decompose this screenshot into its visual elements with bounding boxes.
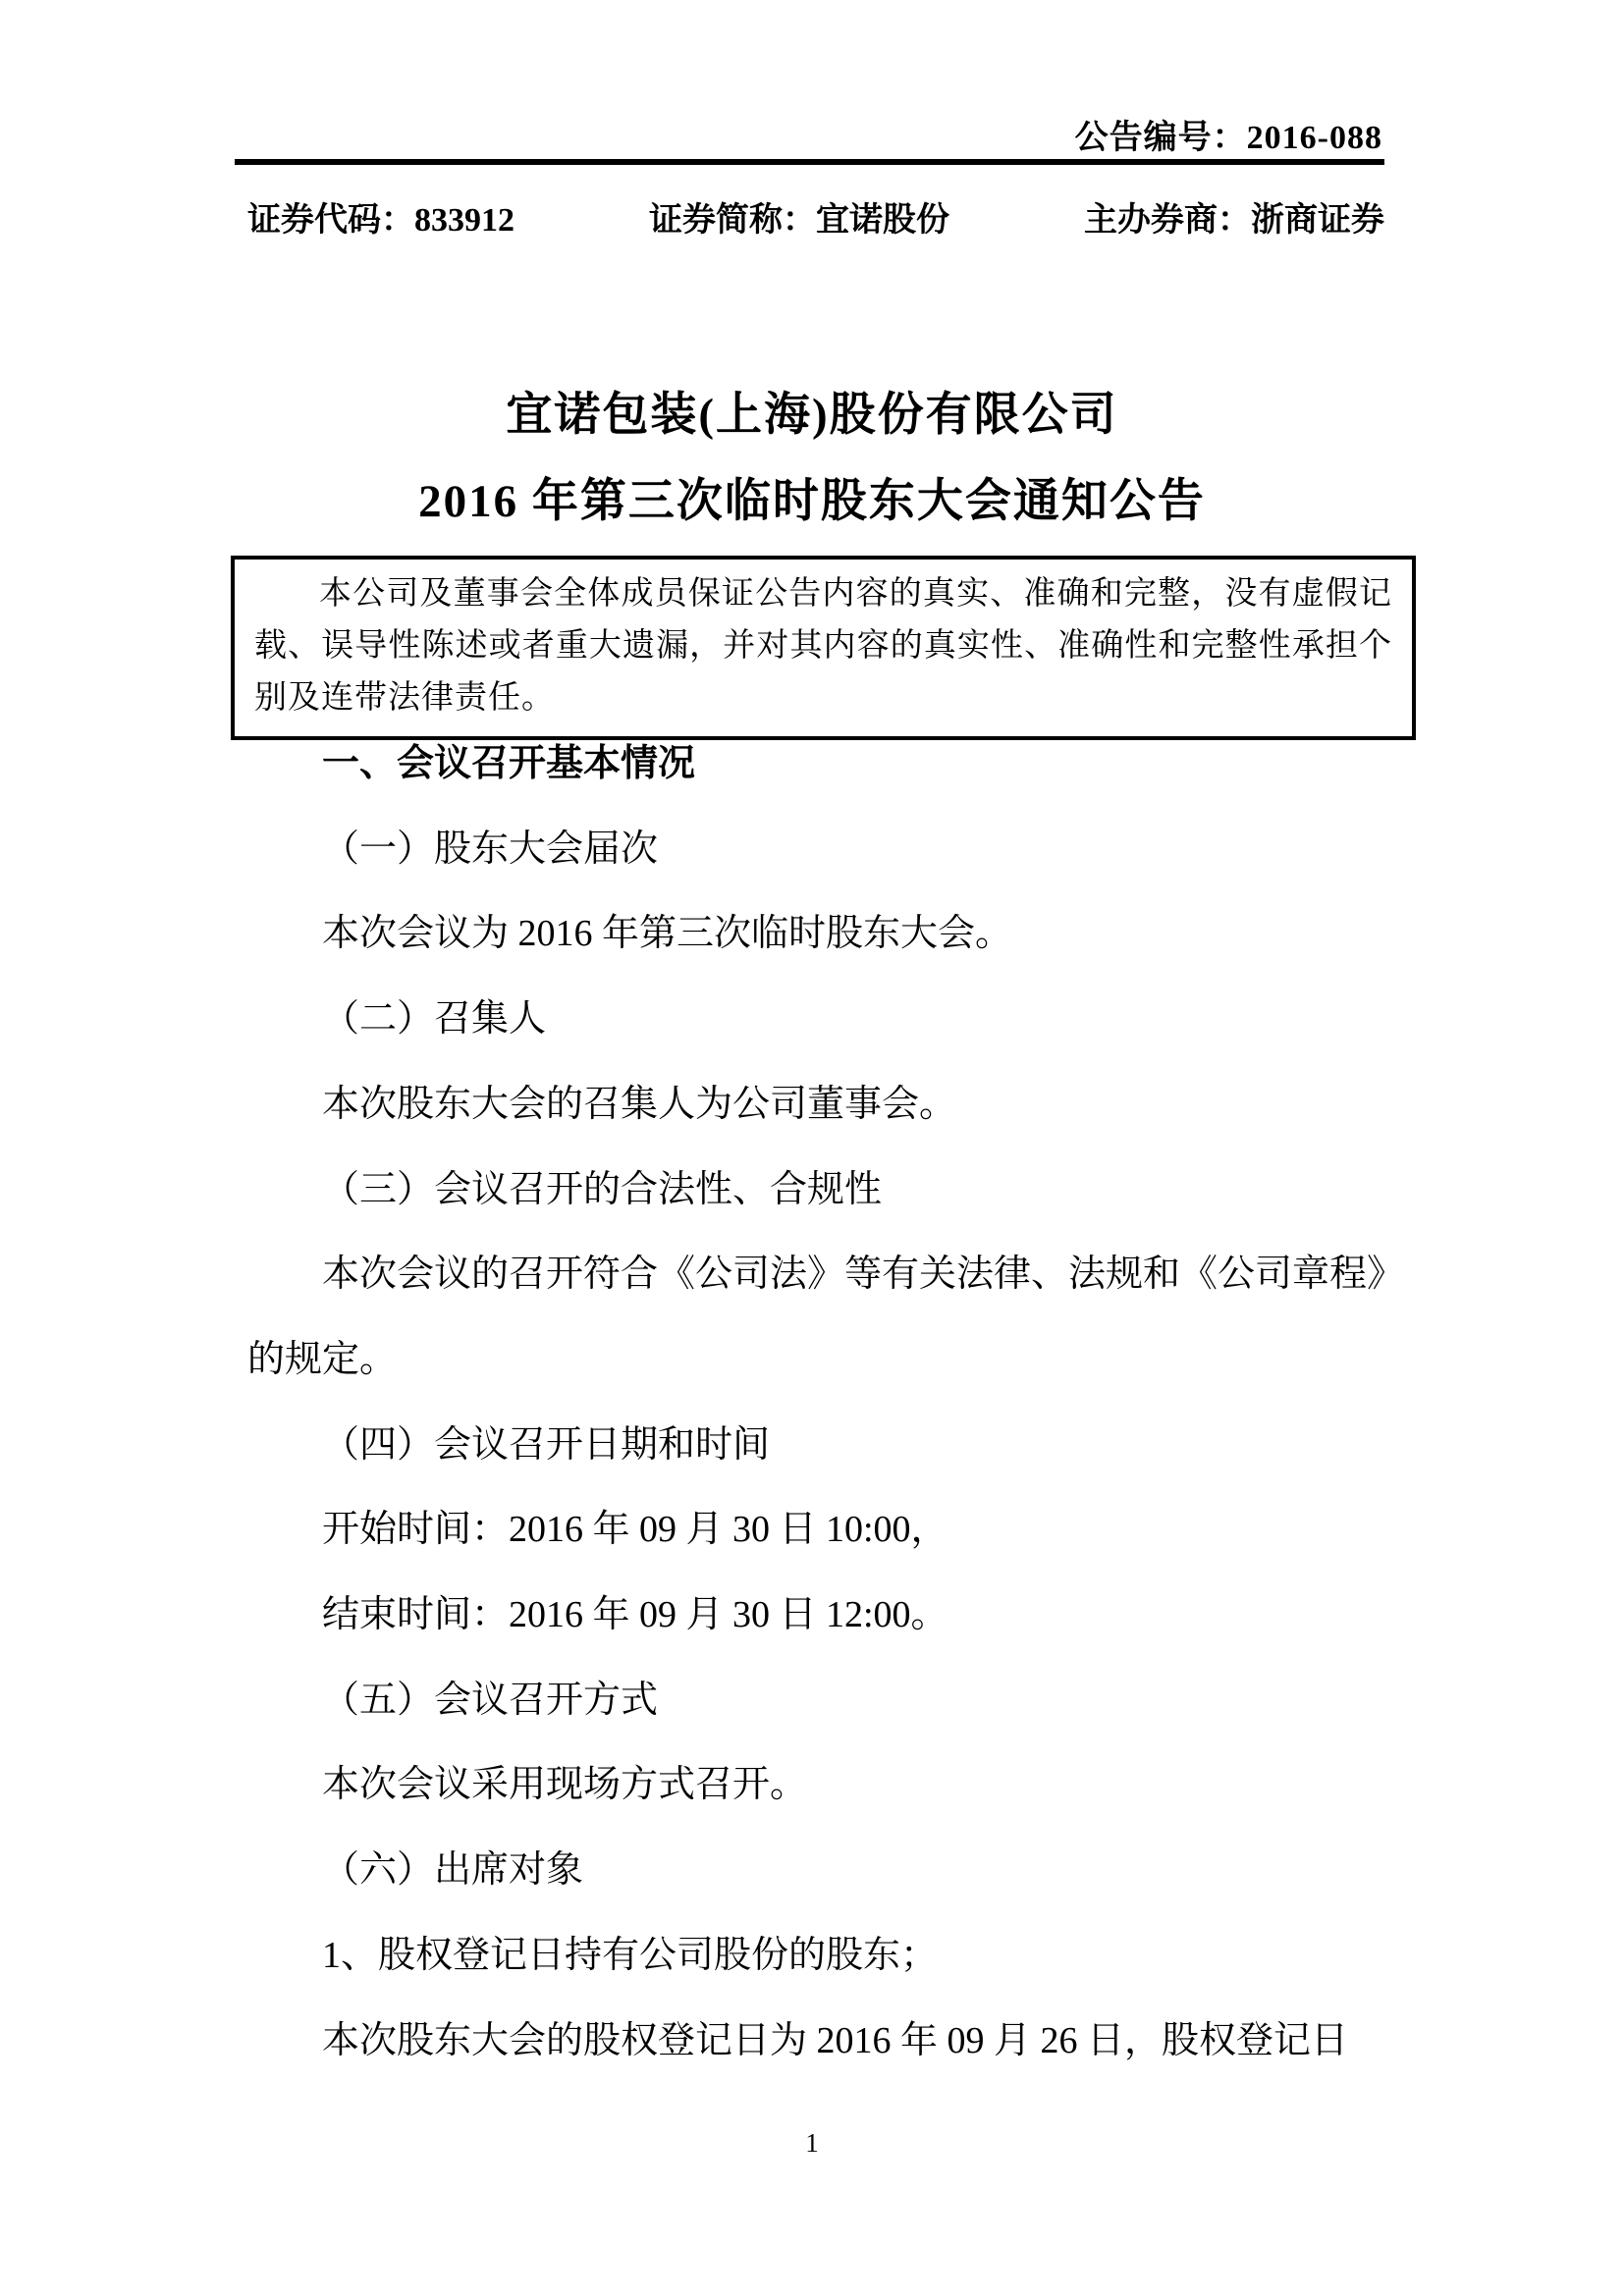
securities-code: 证券代码：833912 xyxy=(247,192,514,240)
securities-info-row: 证券代码：833912 证券简称：宜诺股份 主办券商：浙商证券 xyxy=(247,192,1384,240)
subsection-heading-4: （四）会议召开日期和时间 xyxy=(247,1403,1386,1488)
body-line: 开始时间：2016 年 09 月 30 日 10:00， xyxy=(247,1487,1386,1573)
announcement-title: 2016 年第三次临时股东大会通知公告 xyxy=(0,464,1624,530)
section-heading: 一、会议召开基本情况 xyxy=(247,721,1386,807)
subsection-heading-1: （一）股东大会届次 xyxy=(247,807,1386,892)
body-line: 1、股权登记日持有公司股份的股东； xyxy=(247,1913,1386,1999)
securities-abbr: 证券简称：宜诺股份 xyxy=(649,192,949,240)
subsection-heading-6: （六）出席对象 xyxy=(247,1828,1386,1913)
subsection-heading-3: （三）会议召开的合法性、合规性 xyxy=(247,1148,1386,1233)
body-line: 的规定。 xyxy=(247,1317,1386,1403)
body-line: 结束时间：2016 年 09 月 30 日 12:00。 xyxy=(247,1573,1386,1658)
body-line: 本次股东大会的股权登记日为 2016 年 09 月 26 日，股权登记日 xyxy=(247,1999,1386,2084)
disclaimer-text: 本公司及董事会全体成员保证公告内容的真实、准确和完整，没有虚假记载、误导性陈述或… xyxy=(254,576,1392,716)
body-line: 本次股东大会的召集人为公司董事会。 xyxy=(247,1062,1386,1148)
disclaimer-box: 本公司及董事会全体成员保证公告内容的真实、准确和完整，没有虚假记载、误导性陈述或… xyxy=(231,556,1416,740)
subsection-heading-2: （二）召集人 xyxy=(247,977,1386,1062)
header-rule xyxy=(235,159,1384,165)
document-page: 公告编号：2016-088 证券代码：833912 证券简称：宜诺股份 主办券商… xyxy=(0,0,1624,2296)
body-line: 本次会议为 2016 年第三次临时股东大会。 xyxy=(247,891,1386,977)
company-title: 宜诺包装(上海)股份有限公司 xyxy=(0,378,1624,444)
document-body: 一、会议召开基本情况 （一）股东大会届次 本次会议为 2016 年第三次临时股东… xyxy=(247,721,1386,2083)
body-line: 本次会议采用现场方式召开。 xyxy=(247,1742,1386,1828)
announcement-number: 公告编号：2016-088 xyxy=(1075,110,1382,158)
subsection-heading-5: （五）会议召开方式 xyxy=(247,1658,1386,1743)
body-line: 本次会议的召开符合《公司法》等有关法律、法规和《公司章程》 xyxy=(247,1232,1386,1317)
page-number: 1 xyxy=(0,2128,1624,2159)
sponsor-broker: 主办券商：浙商证券 xyxy=(1084,192,1384,240)
